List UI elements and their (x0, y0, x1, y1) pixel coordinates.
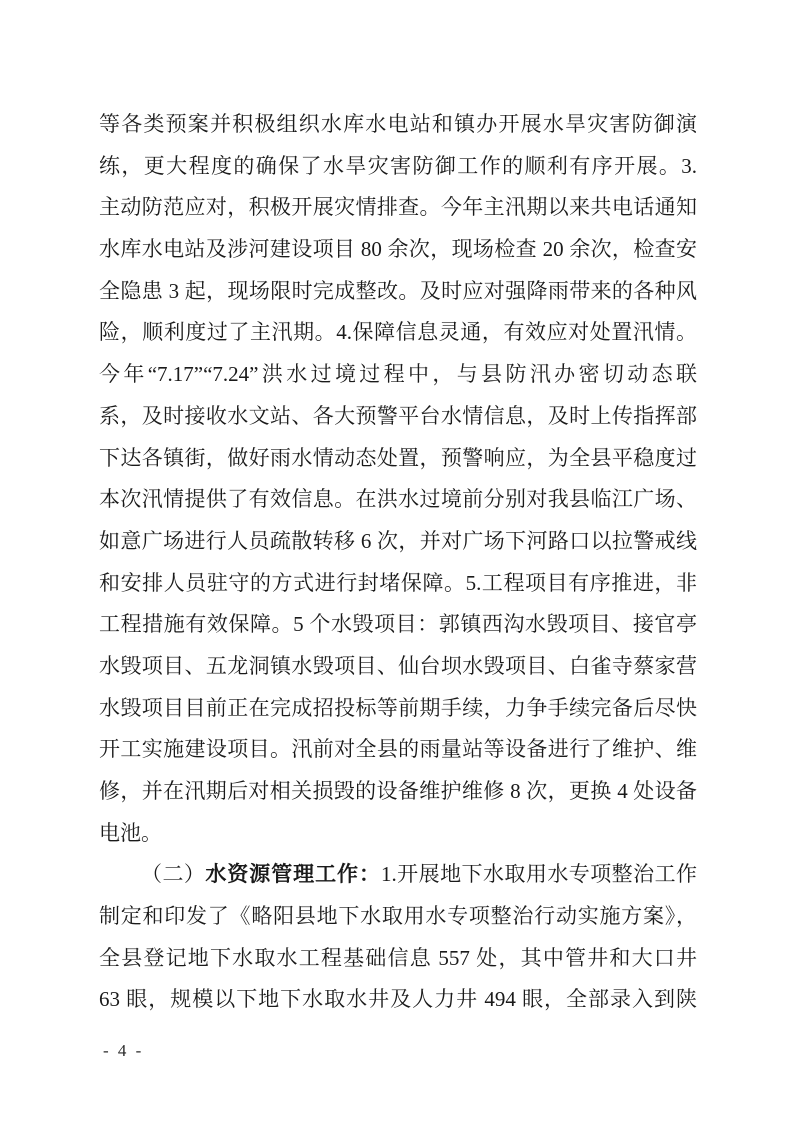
document-body: 等各类预案并积极组织水库水电站和镇办开展水旱灾害防御演 练，更大程度的确保了水旱… (99, 104, 697, 1021)
text-line: 全县登记地下水取水工程基础信息 557 处，其中管井和大口井 (99, 938, 697, 980)
text-line: 今年“7.17”“7.24”洪水过境过程中，与县防汛办密切动态联 (99, 354, 697, 396)
text-line: 本次汛情提供了有效信息。在洪水过境前分别对我县临江广场、 (99, 479, 697, 521)
text-line: 等各类预案并积极组织水库水电站和镇办开展水旱灾害防御演 (99, 104, 697, 146)
text-line: 制定和印发了《略阳县地下水取用水专项整治行动实施方案》， (99, 896, 697, 938)
text-line: 练，更大程度的确保了水旱灾害防御工作的顺利有序开展。3. (99, 146, 697, 188)
text-line: 下达各镇街，做好雨水情动态处置，预警响应，为全县平稳度过 (99, 438, 697, 480)
text-line: 修，并在汛期后对相关损毁的设备维护维修 8 次，更换 4 处设备 (99, 771, 697, 813)
text-line: 系，及时接收水文站、各大预警平台水情信息，及时上传指挥部 (99, 396, 697, 438)
text-line: 如意广场进行人员疏散转移 6 次，并对广场下河路口以拉警戒线 (99, 521, 697, 563)
text-line: 主动防范应对，积极开展灾情排查。今年主汛期以来共电话通知 (99, 187, 697, 229)
section-heading-line: （二）水资源管理工作：1.开展地下水取用水专项整治工作 (99, 854, 697, 896)
text-line: 工程措施有效保障。5 个水毁项目：郭镇西沟水毁项目、接官亭 (99, 604, 697, 646)
section-heading: 水资源管理工作： (205, 863, 381, 886)
text-line: 险，顺利度过了主汛期。4.保障信息灵通，有效应对处置汛情。 (99, 312, 697, 354)
section-first-line-text: 1.开展地下水取用水专项整治工作 (381, 862, 697, 886)
text-line: 水毁项目目前正在完成招投标等前期手续，力争手续完备后尽快 (99, 688, 697, 730)
text-line: 开工实施建设项目。汛前对全县的雨量站等设备进行了维护、维 (99, 729, 697, 771)
text-line: 全隐患 3 起，现场限时完成整改。及时应对强降雨带来的各种风 (99, 271, 697, 313)
text-line-paragraph-end: 电池。 (99, 813, 697, 855)
document-page: 等各类预案并积极组织水库水电站和镇办开展水旱灾害防御演 练，更大程度的确保了水旱… (0, 0, 793, 1122)
text-line: 和安排人员驻守的方式进行封堵保障。5.工程项目有序推进，非 (99, 563, 697, 605)
page-number: - 4 - (103, 1041, 144, 1061)
text-line: 63 眼，规模以下地下水取水井及人力井 494 眼，全部录入到陕 (99, 979, 697, 1021)
section-number-prefix: （二） (141, 862, 205, 886)
text-line: 水库水电站及涉河建设项目 80 余次，现场检查 20 余次，检查安 (99, 229, 697, 271)
text-line: 水毁项目、五龙洞镇水毁项目、仙台坝水毁项目、白雀寺蔡家营 (99, 646, 697, 688)
